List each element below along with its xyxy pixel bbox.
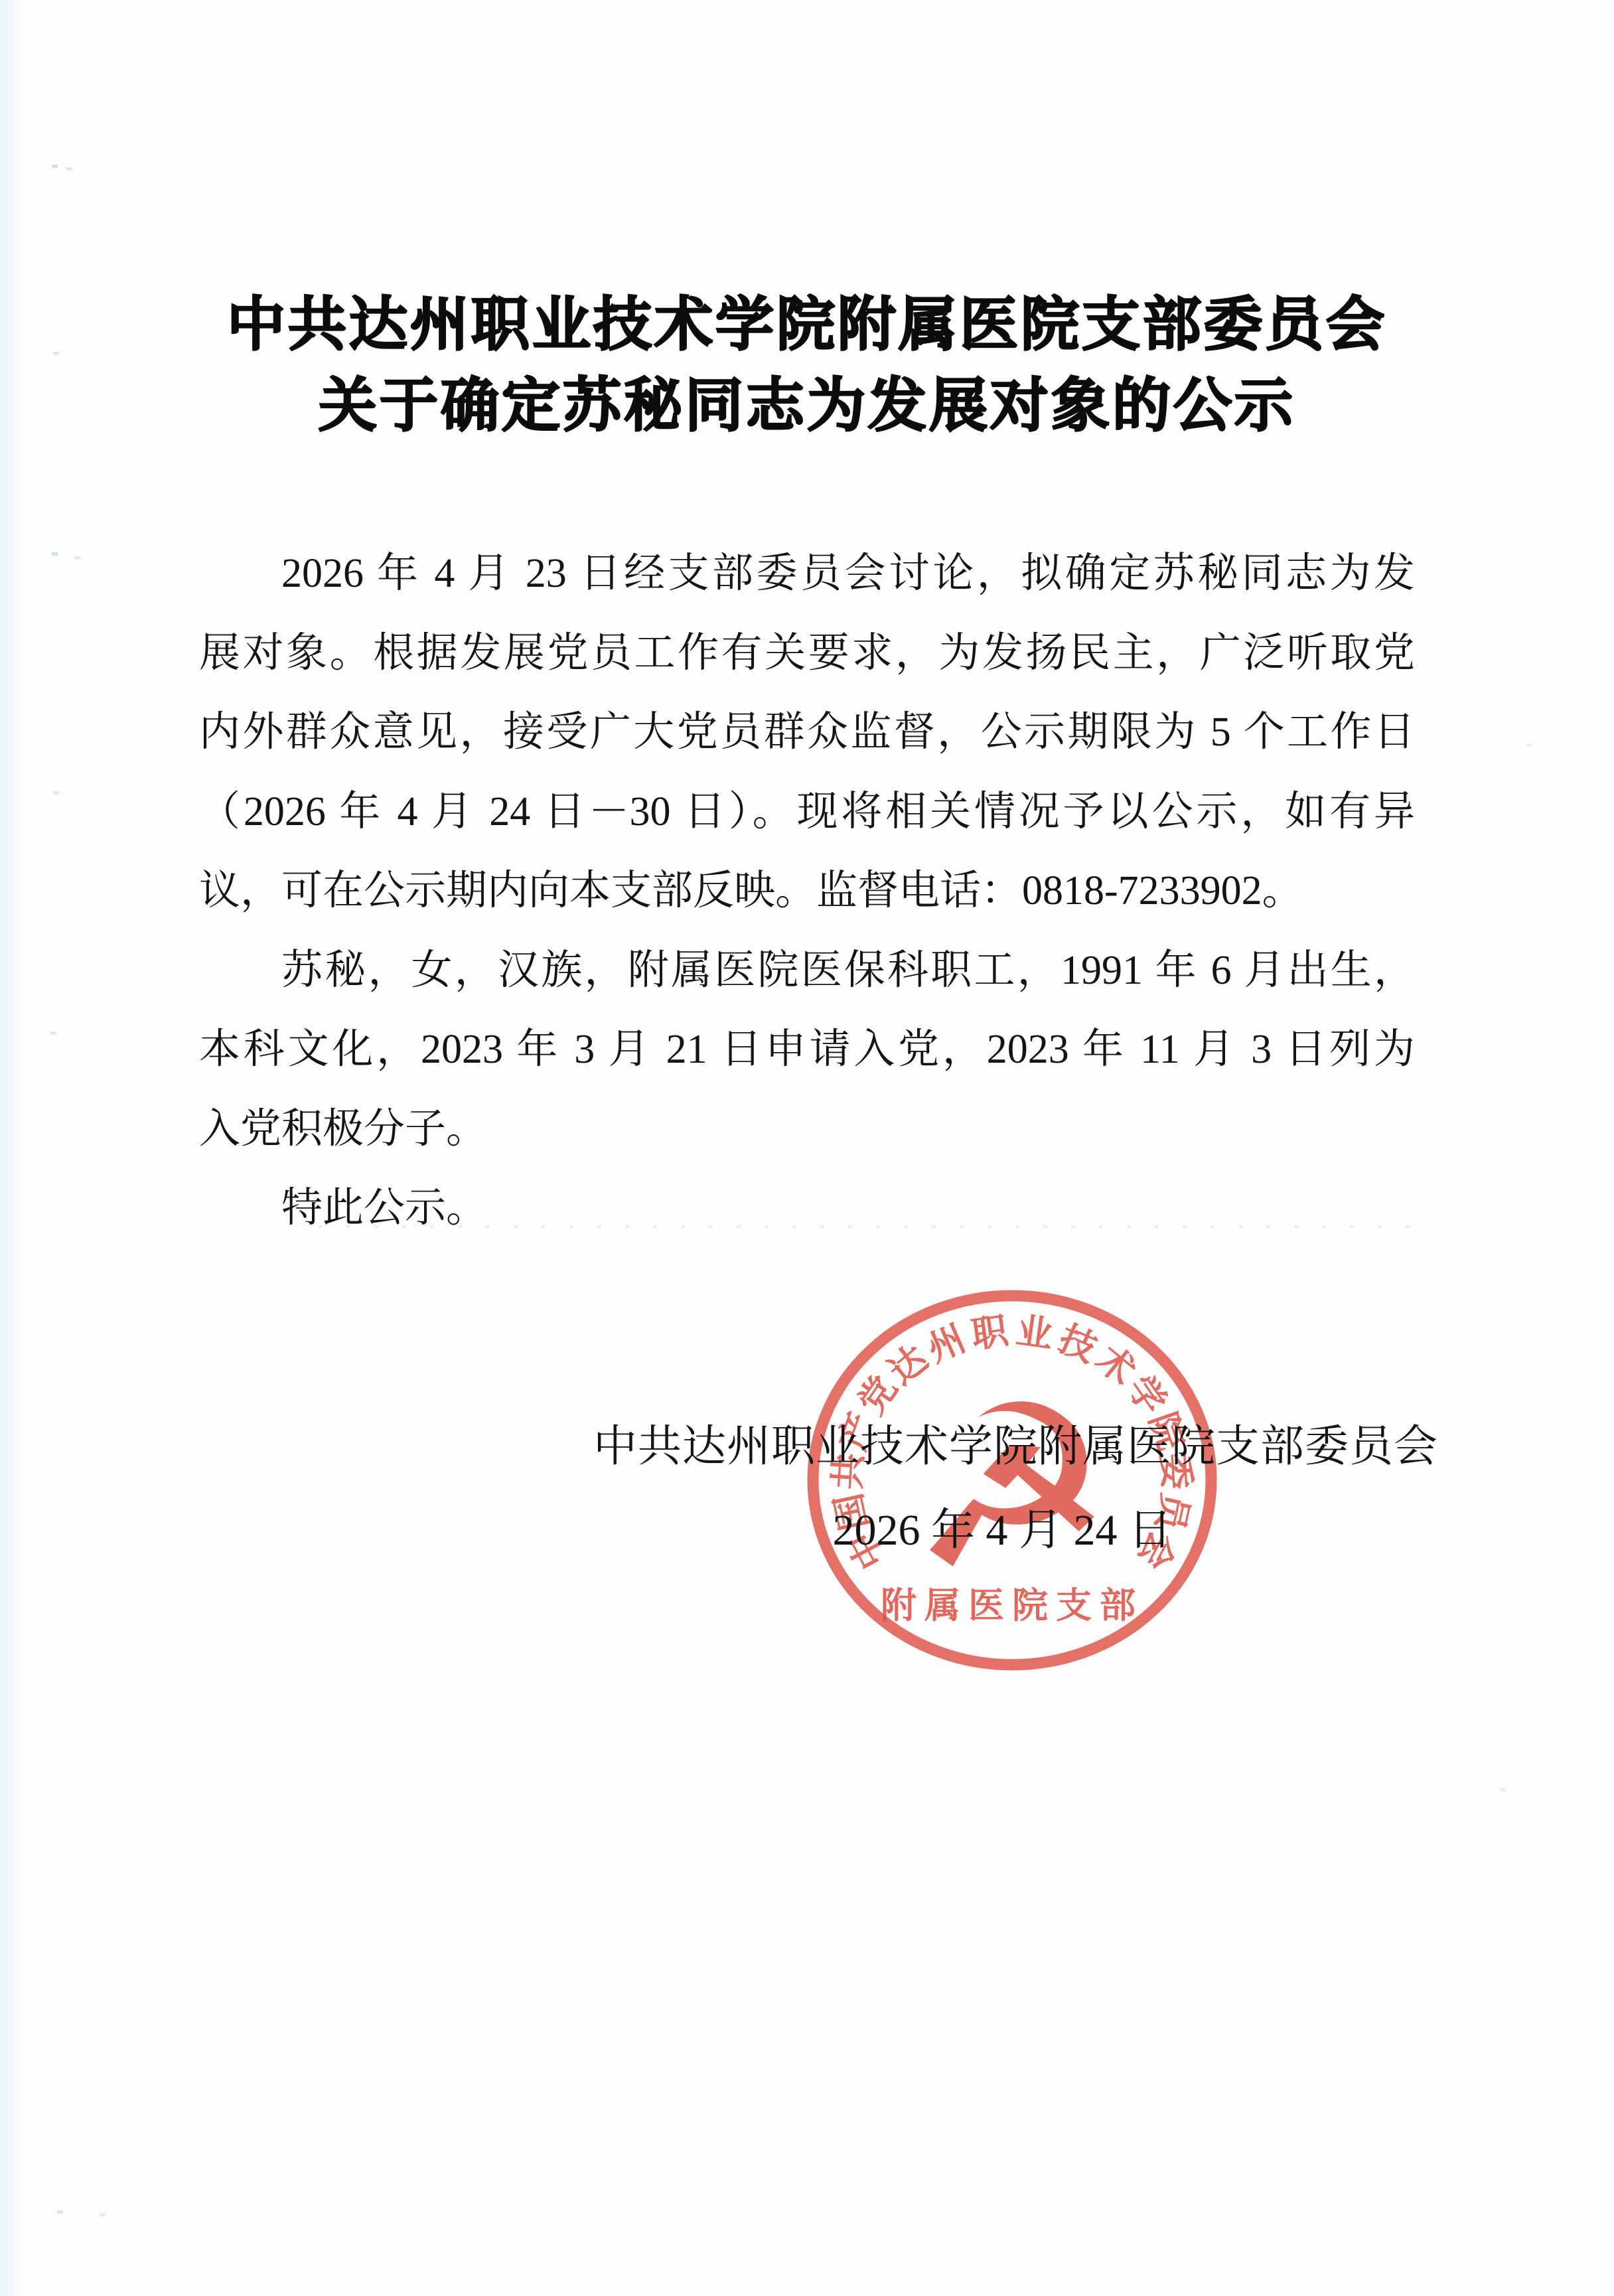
scan-speck-noise bbox=[0, 0, 6, 3]
notice-body: 2026 年 4 月 23 日经支部委员会讨论，拟确定苏秘同志为发展对象。根据发… bbox=[199, 534, 1415, 1249]
title-line-2: 关于确定苏秘同志为发展对象的公示 bbox=[0, 365, 1614, 446]
body-line: 入党积极分子。 bbox=[199, 1090, 1415, 1170]
signature-date: 2026 年 4 月 24 日 bbox=[0, 1501, 1614, 1561]
body-line: 2026 年 4 月 23 日经支部委员会讨论，拟确定苏秘同志为发 bbox=[199, 534, 1415, 614]
body-line: 特此公示。 bbox=[199, 1169, 1415, 1249]
body-line: 本科文化，2023 年 3 月 21 日申请入党，2023 年 11 月 3 日… bbox=[199, 1010, 1415, 1090]
document-title: 中共达州职业技术学院附属医院支部委员会 关于确定苏秘同志为发展对象的公示 bbox=[0, 284, 1614, 446]
body-line: 苏秘，女，汉族，附属医院医保科职工，1991 年 6 月出生， bbox=[199, 931, 1415, 1011]
signature-org: 中共达州职业技术学院附属医院支部委员会 bbox=[0, 1417, 1614, 1477]
seal-ring-char: 业 bbox=[1013, 1310, 1055, 1355]
document-page: 中共达州职业技术学院附属医院支部委员会 关于确定苏秘同志为发展对象的公示 202… bbox=[0, 0, 1614, 2296]
body-line: 内外群众意见，接受广大党员群众监督，公示期限为 5 个工作日 bbox=[199, 693, 1415, 773]
signature-block: 中共达州职业技术学院附属医院支部委员会 2026 年 4 月 24 日 bbox=[0, 1417, 1614, 1561]
body-line: （2026 年 4 月 24 日－30 日）。现将相关情况予以公示，如有异 bbox=[199, 773, 1415, 852]
title-line-1: 中共达州职业技术学院附属医院支部委员会 bbox=[0, 284, 1614, 365]
seal-ring-char: 职 bbox=[969, 1310, 1012, 1355]
body-line: 议，可在公示期内向本支部反映。监督电话：0818-7233902。 bbox=[199, 852, 1415, 931]
seal-bottom-text: 附属医院支部 bbox=[881, 1586, 1143, 1626]
body-line: 展对象。根据发展党员工作有关要求，为发扬民主，广泛听取党 bbox=[199, 614, 1415, 694]
